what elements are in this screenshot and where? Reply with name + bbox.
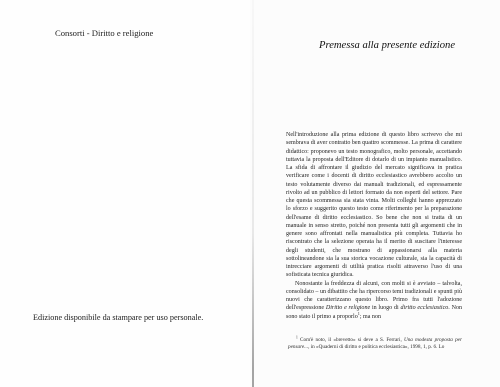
paragraph-2-text: in luogo di: [370, 305, 400, 311]
print-notice: Edizione disponibile da stampare per uso…: [33, 313, 203, 322]
book-gutter: [252, 0, 254, 387]
running-header: Consorti - Diritto e religione: [55, 28, 153, 38]
footnote: 1 Com'è noto, il «brevetto» si deve a S.…: [288, 337, 462, 351]
page-title: Premessa alla presente edizione: [319, 40, 455, 51]
paragraph-2: Nonostante la freddezza di alcuni, con m…: [286, 280, 462, 321]
italic-term-diritto-ecclesiastico: diritto ecclesiastico: [400, 305, 448, 311]
paragraph-2-text: ; ma non: [360, 314, 381, 320]
footnote-text: Com'è noto, il «brevetto» si deve a S. F…: [298, 337, 404, 343]
footnote-1: 1 Com'è noto, il «brevetto» si deve a S.…: [288, 337, 462, 351]
footnote-text: , in «Quaderni di diritto e politica ecc…: [308, 344, 444, 350]
left-page: Consorti - Diritto e religione Edizione …: [0, 0, 250, 387]
body-text: Nell'introduzione alla prima edizione di…: [286, 131, 462, 321]
italic-term-diritto-e-religione: Diritto e religione: [326, 305, 370, 311]
paragraph-1: Nell'introduzione alla prima edizione di…: [286, 131, 462, 280]
